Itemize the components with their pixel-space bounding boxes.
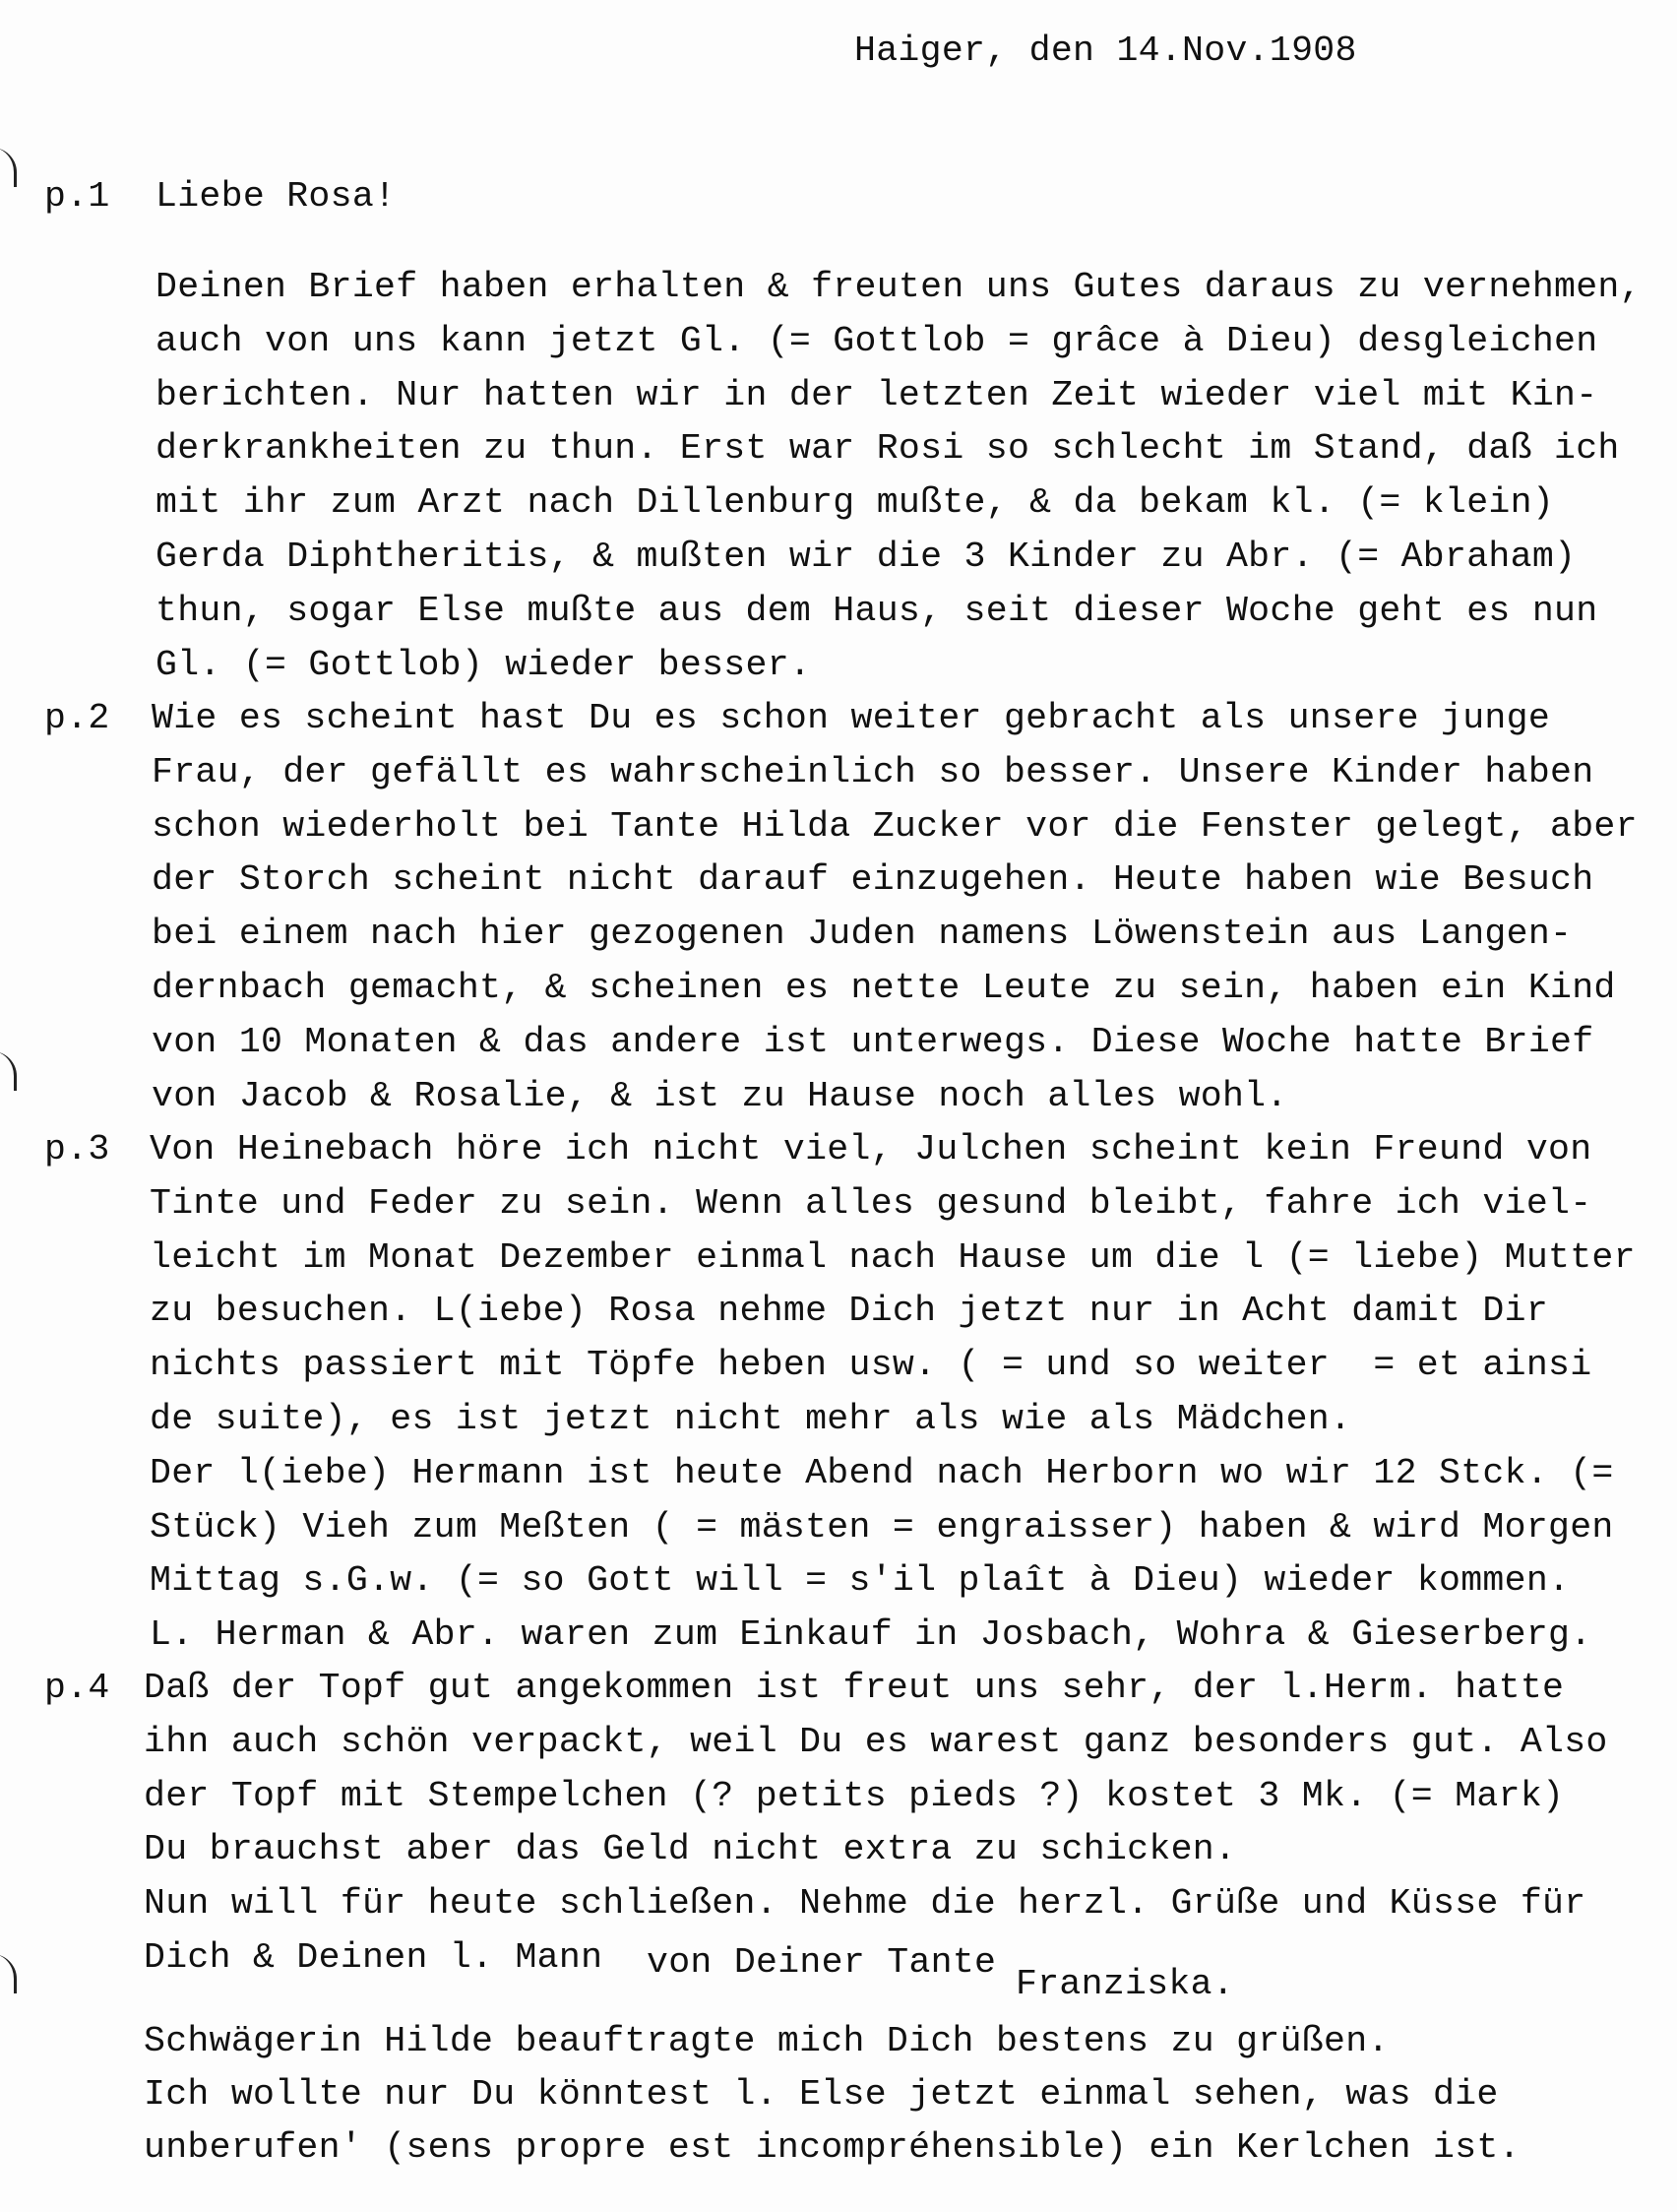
page-marker-1: p.1 [44,179,110,216]
letter-line: bei einem nach hier gezogenen Juden name… [152,916,1572,953]
postscript-line: unberufen' (sens propre est incompréhens… [144,2130,1521,2167]
page-marker-3: p.3 [44,1132,110,1169]
place-date: Haiger, den 14.Nov.1908 [854,33,1357,70]
letter-line: Nun will für heute schließen. Nehme die … [144,1886,1585,1923]
postscript-line: Schwägerin Hilde beauftragte mich Dich b… [144,2024,1390,2060]
signature: Franziska. [1016,1967,1234,2003]
letter-line: Tinte und Feder zu sein. Wenn alles gesu… [150,1186,1591,1223]
letter-line: auch von uns kann jetzt Gl. (= Gottlob =… [155,324,1597,360]
letter-line: der Topf mit Stempelchen (? petits pieds… [144,1779,1564,1815]
postscript-line: Ich wollte nur Du könntest l. Else jetzt… [144,2077,1499,2114]
scan-edge-mark [0,148,17,187]
letter-line: Dich & Deinen l. Mann [144,1940,602,1977]
letter-line: de suite), es ist jetzt nicht mehr als w… [150,1402,1351,1438]
scan-edge-mark [0,1954,17,1993]
letter-line: Daß der Topf gut angekommen ist freut un… [144,1671,1564,1707]
letter-line: Du brauchst aber das Geld nicht extra zu… [144,1832,1236,1868]
letter-line: Stück) Vieh zum Meßten ( = mästen = engr… [150,1510,1614,1547]
letter-line: Gl. (= Gottlob) wieder besser. [155,648,811,684]
letter-line: L. Herman & Abr. waren zum Einkauf in Jo… [150,1617,1591,1654]
letter-line: Deinen Brief haben erhalten & freuten un… [155,270,1642,306]
letter-line: ihn auch schön verpackt, weil Du es ware… [144,1725,1608,1761]
letter-line: derkrankheiten zu thun. Erst war Rosi so… [155,431,1620,468]
letter-line: Frau, der gefällt es wahrscheinlich so b… [152,755,1593,791]
letter-line: von Jacob & Rosalie, & ist zu Hause noch… [152,1079,1288,1115]
closing-from: von Deiner Tante [647,1945,996,1982]
page-marker-4: p.4 [44,1671,110,1707]
letter-line: mit ihr zum Arzt nach Dillenburg mußte, … [155,485,1554,522]
letter-line: Von Heinebach höre ich nicht viel, Julch… [150,1132,1591,1169]
letter-line: von 10 Monaten & das andere ist unterweg… [152,1025,1593,1061]
letter-page: Haiger, den 14.Nov.1908 p.1 Liebe Rosa! … [0,0,1677,2212]
letter-line: zu besuchen. L(iebe) Rosa nehme Dich jet… [150,1294,1548,1330]
scan-edge-mark [0,1051,17,1091]
page-marker-2: p.2 [44,701,110,737]
salutation: Liebe Rosa! [155,179,396,216]
letter-line: dernbach gemacht, & scheinen es nette Le… [152,971,1616,1007]
letter-line: thun, sogar Else mußte aus dem Haus, sei… [155,594,1597,630]
letter-line: nichts passiert mit Töpfe heben usw. ( =… [150,1348,1591,1384]
letter-line: Wie es scheint hast Du es schon weiter g… [152,701,1550,737]
letter-line: schon wiederholt bei Tante Hilda Zucker … [152,809,1638,846]
letter-line: Der l(iebe) Hermann ist heute Abend nach… [150,1456,1614,1492]
letter-line: der Storch scheint nicht darauf einzugeh… [152,862,1593,899]
letter-line: Gerda Diphtheritis, & mußten wir die 3 K… [155,539,1576,576]
letter-line: berichten. Nur hatten wir in der letzten… [155,378,1597,414]
letter-line: leicht im Monat Dezember einmal nach Hau… [150,1240,1636,1277]
letter-line: Mittag s.G.w. (= so Gott will = s'il pla… [150,1563,1570,1600]
